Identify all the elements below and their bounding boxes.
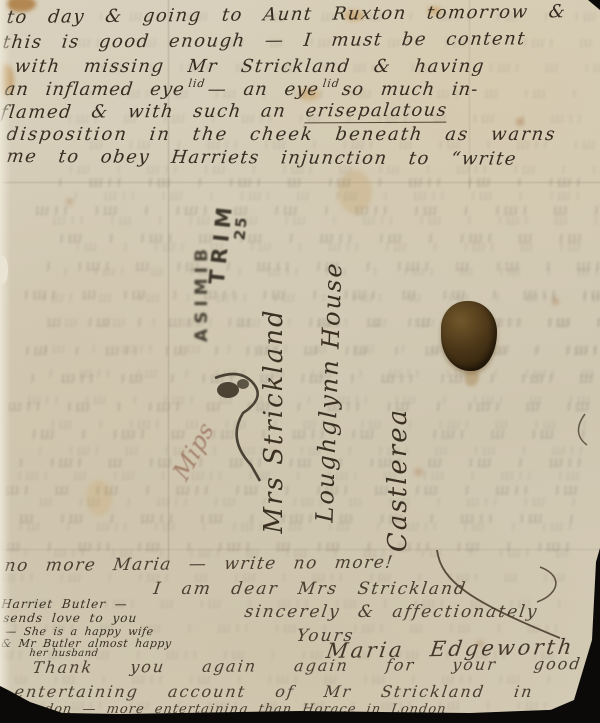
dark-edges	[0, 0, 600, 723]
letter-scan: ɯ ɩɯɩ ɩ ɯɩ ɩɩɯ ɩ ɯɩ ɯ ɩɯɩ ɩ ɯɩ ɩɩɯ ɩ ɯɩ …	[0, 0, 600, 723]
